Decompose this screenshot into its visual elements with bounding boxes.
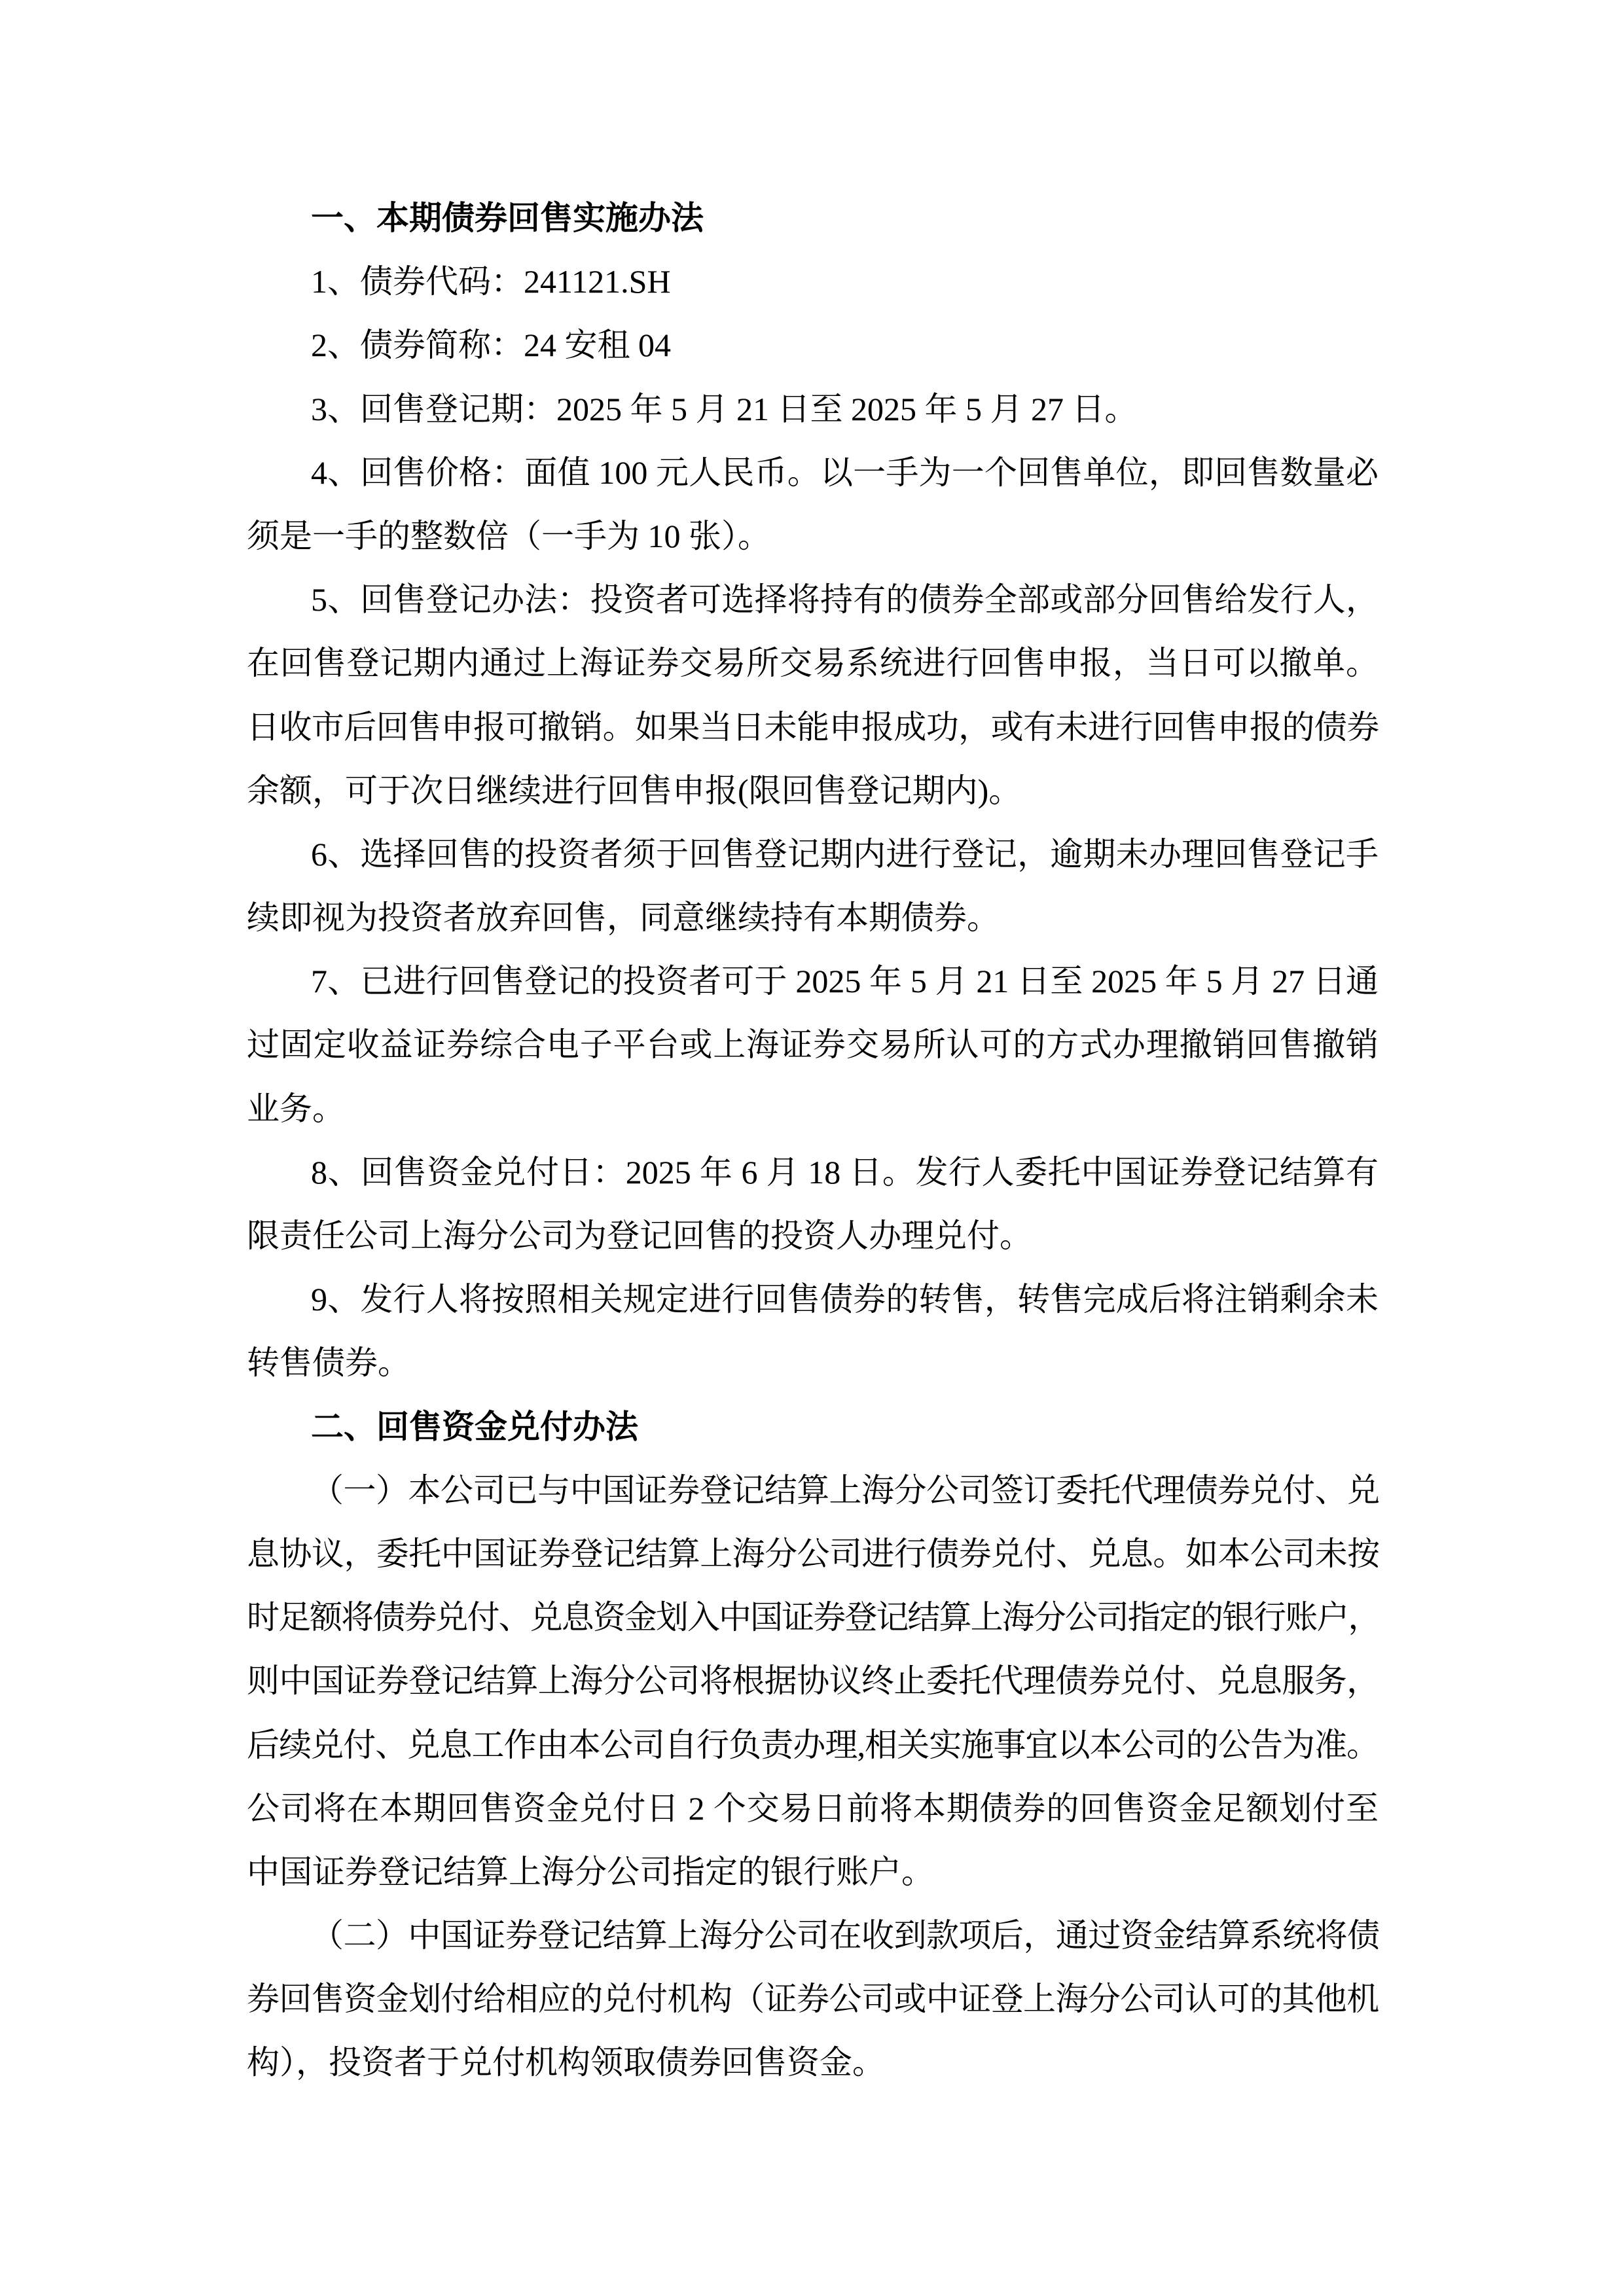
document-page: 一、本期债券回售实施办法 1、债券代码：241121.SH 2、债券简称：24 …	[0, 0, 1624, 2296]
line-withdrawal-2: 过固定收益证券综合电子平台或上海证券交易所认可的方式办理撤销回售撤销	[247, 1013, 1379, 1077]
line-agency-agreement-2: 息协议，委托中国证券登记结算上海分公司进行债券兑付、兑息。如本公司未按	[247, 1522, 1379, 1586]
line-bond-short-name: 2、债券简称：24 安租 04	[247, 314, 1379, 377]
line-overdue-registration-2: 续即视为投资者放弃回售，同意继续持有本期债券。	[247, 886, 1379, 950]
section2-heading: 二、回售资金兑付办法	[247, 1395, 1379, 1459]
line-resale-1: 9、发行人将按照相关规定进行回售债券的转售，转售完成后将注销剩余未	[247, 1268, 1379, 1331]
line-overdue-registration-1: 6、选择回售的投资者须于回售登记期内进行登记，逾期未办理回售登记手	[247, 823, 1379, 886]
line-agency-agreement-3: 时足额将债券兑付、兑息资金划入中国证券登记结算上海分公司指定的银行账户，	[247, 1586, 1379, 1649]
line-payment-date-2: 限责任公司上海分公司为登记回售的投资人办理兑付。	[247, 1204, 1379, 1268]
section1-heading: 一、本期债券回售实施办法	[247, 187, 1379, 250]
line-registration-method-3: 日收市后回售申报可撤销。如果当日未能申报成功，或有未进行回售申报的债券	[247, 696, 1379, 759]
line-agency-agreement-7: 中国证券登记结算上海分公司指定的银行账户。	[247, 1840, 1379, 1904]
line-payment-date-1: 8、回售资金兑付日：2025 年 6 月 18 日。发行人委托中国证券登记结算有	[247, 1141, 1379, 1204]
line-registration-period: 3、回售登记期：2025 年 5 月 21 日至 2025 年 5 月 27 日…	[247, 378, 1379, 441]
line-repurchase-price-1: 4、回售价格：面值 100 元人民币。以一手为一个回售单位，即回售数量必	[247, 441, 1379, 505]
line-agency-agreement-5: 后续兑付、兑息工作由本公司自行负责办理,相关实施事宜以本公司的公告为准。	[247, 1713, 1379, 1777]
line-registration-method-4: 余额，可于次日继续进行回售申报(限回售登记期内)。	[247, 759, 1379, 823]
line-bond-code: 1、债券代码：241121.SH	[247, 250, 1379, 314]
line-withdrawal-1: 7、已进行回售登记的投资者可于 2025 年 5 月 21 日至 2025 年 …	[247, 950, 1379, 1013]
line-resale-2: 转售债券。	[247, 1331, 1379, 1395]
document-body: 一、本期债券回售实施办法 1、债券代码：241121.SH 2、债券简称：24 …	[247, 187, 1379, 2095]
line-agency-agreement-4: 则中国证券登记结算上海分公司将根据协议终止委托代理债券兑付、兑息服务，	[247, 1649, 1379, 1713]
line-agency-agreement-6: 公司将在本期回售资金兑付日 2 个交易日前将本期债券的回售资金足额划付至	[247, 1777, 1379, 1840]
line-registration-method-2: 在回售登记期内通过上海证券交易所交易系统进行回售申报，当日可以撤单。每	[247, 632, 1379, 695]
line-fund-distribution-3: 构），投资者于兑付机构领取债券回售资金。	[247, 2031, 1379, 2094]
line-withdrawal-3: 业务。	[247, 1077, 1379, 1141]
line-fund-distribution-1: （二）中国证券登记结算上海分公司在收到款项后，通过资金结算系统将债	[247, 1904, 1379, 1967]
line-registration-method-1: 5、回售登记办法：投资者可选择将持有的债券全部或部分回售给发行人，	[247, 568, 1379, 632]
line-repurchase-price-2: 须是一手的整数倍（一手为 10 张）。	[247, 505, 1379, 568]
line-fund-distribution-2: 券回售资金划付给相应的兑付机构（证券公司或中证登上海分公司认可的其他机	[247, 1967, 1379, 2031]
line-agency-agreement-1: （一）本公司已与中国证券登记结算上海分公司签订委托代理债券兑付、兑	[247, 1459, 1379, 1522]
